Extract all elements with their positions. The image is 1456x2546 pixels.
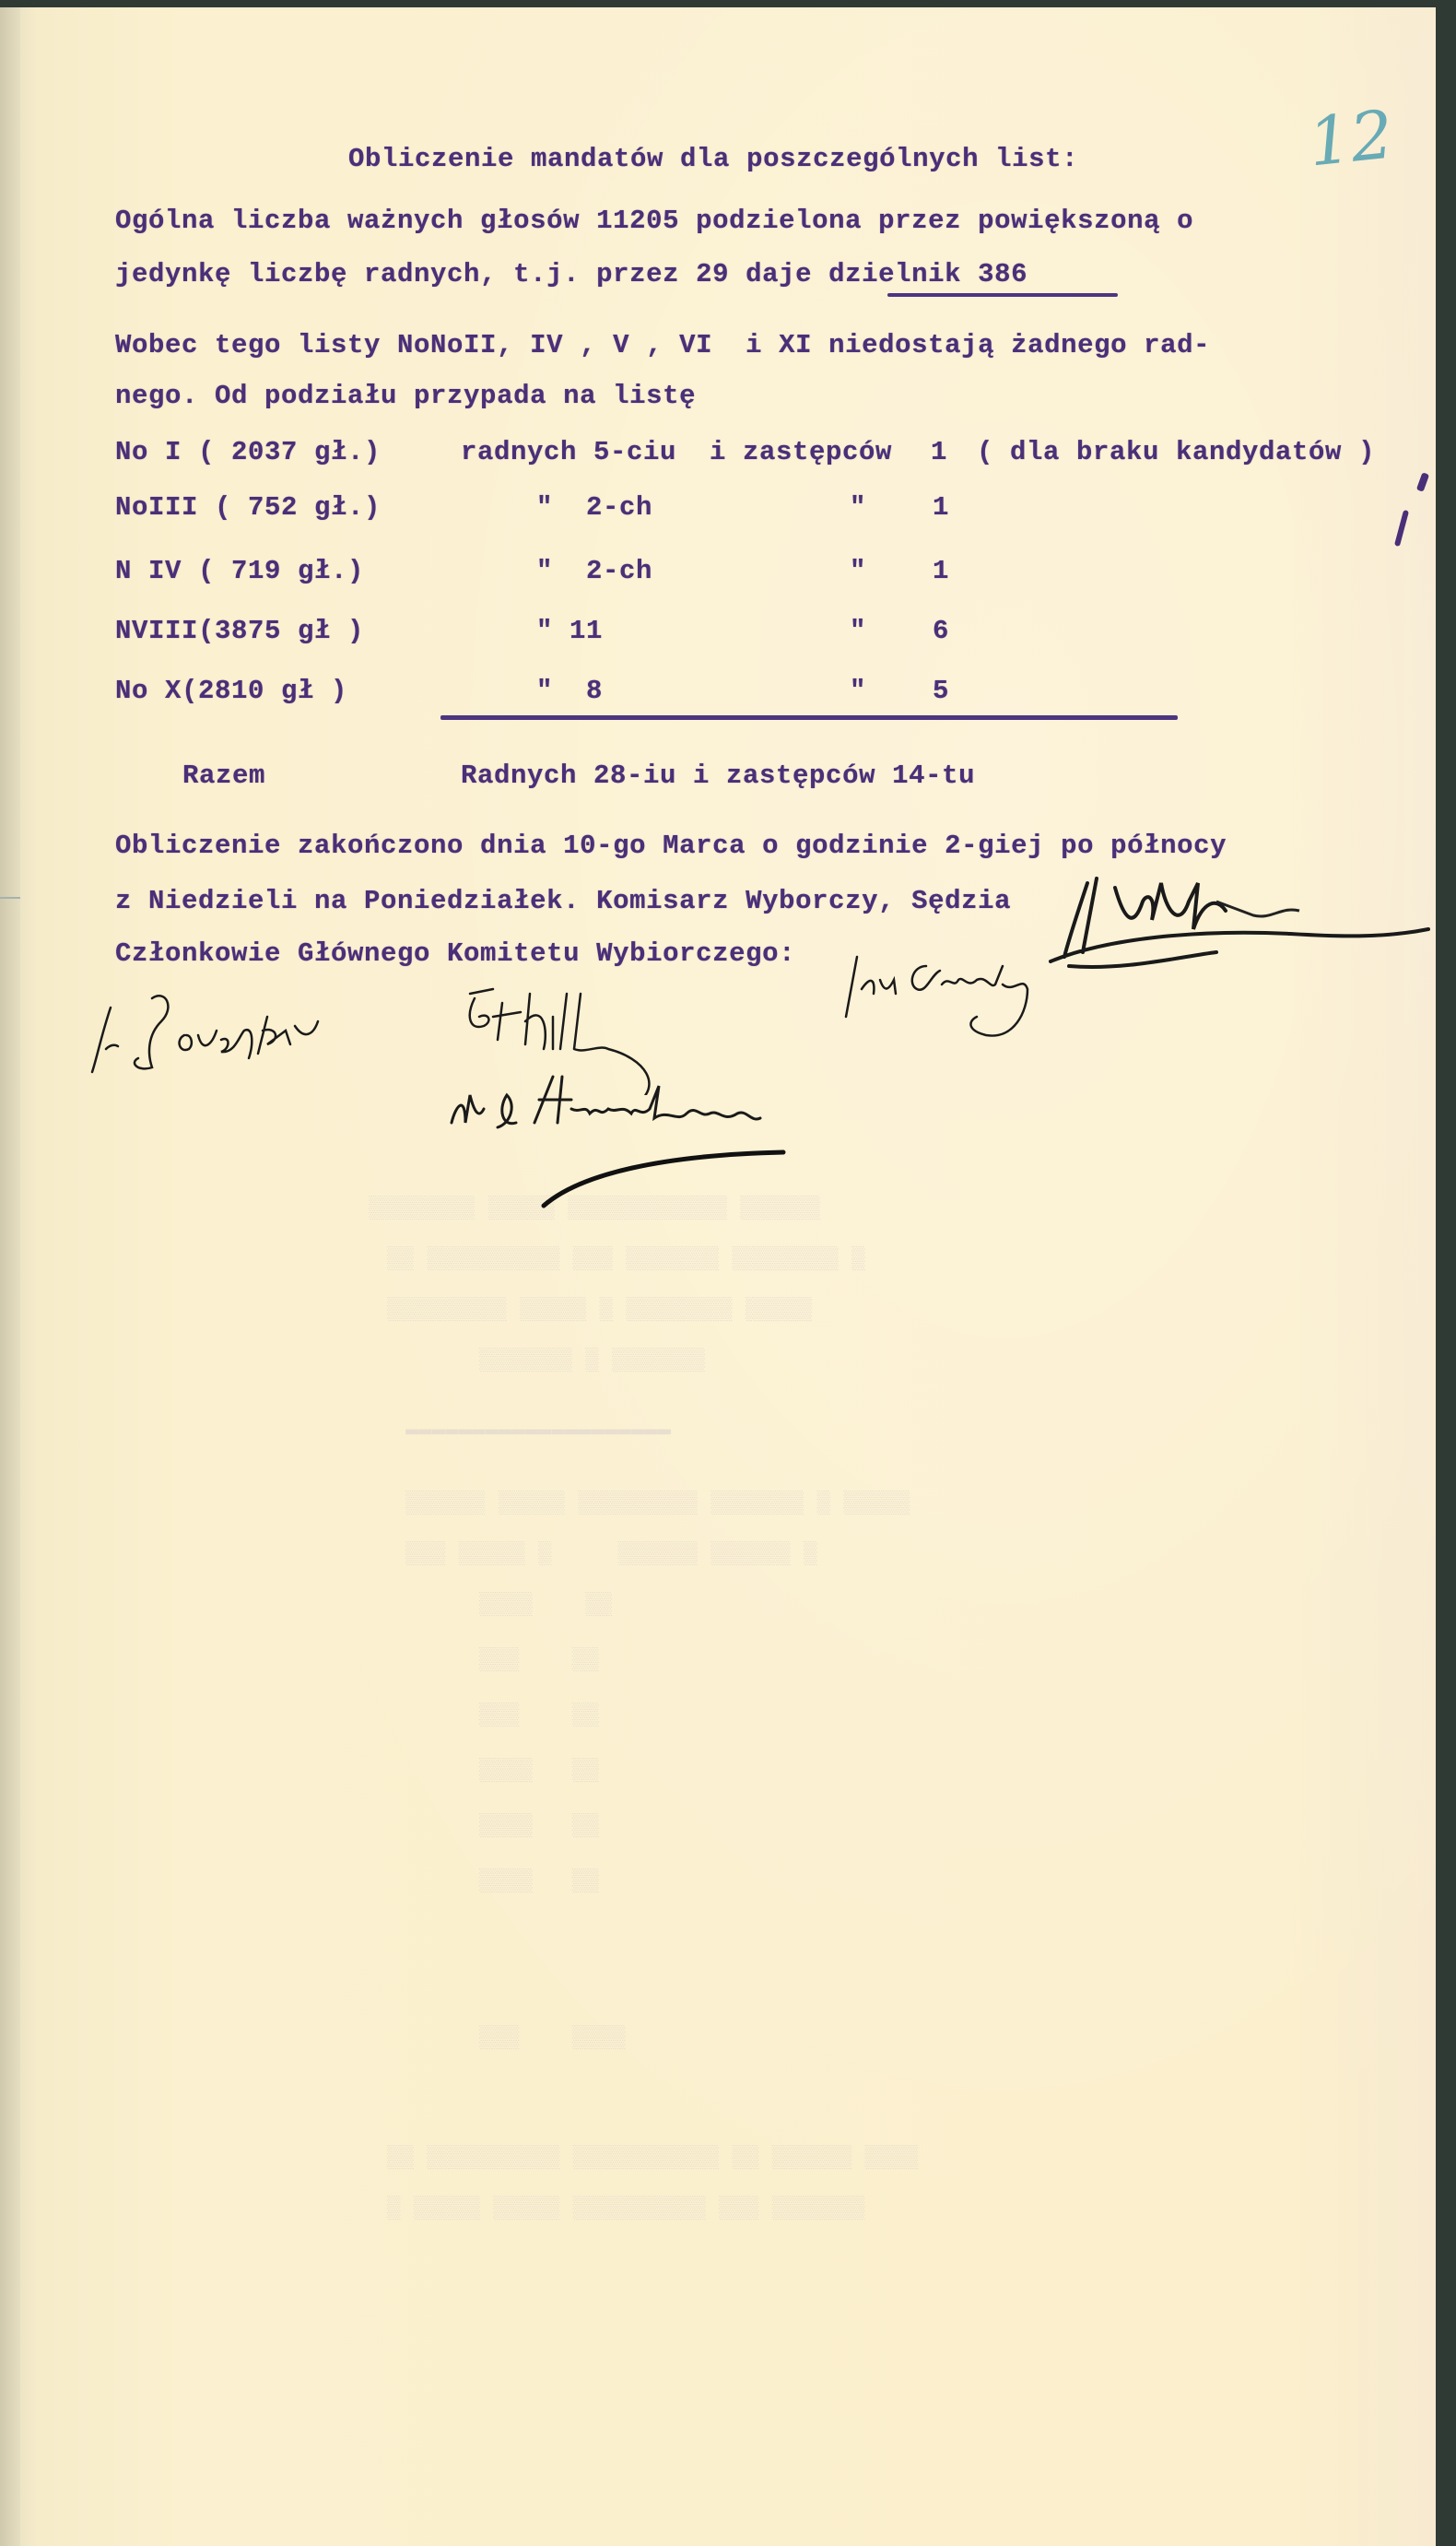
bleed-through-text: ▒▒▒▒▒ ▒ ▒▒▒▒▒▒▒ ▒▒▒▒▒▒▒▒▒ ▒▒▒▒▒ ▒▒▒▒▒▒ xyxy=(405,1491,910,1516)
councillors-count: " 11 xyxy=(536,616,603,646)
document-title: Obliczenie mandatów dla poszczególnych l… xyxy=(348,144,1078,174)
sum-rule xyxy=(440,715,1178,720)
binding-fold-mark xyxy=(0,897,20,899)
bleed-through-text: ▒▒▒▒ ▒▒▒ xyxy=(479,2026,625,2051)
bleed-through-text: ▒▒▒▒▒▒▒ ▒▒▒ ▒▒▒▒▒▒▒▒▒▒ ▒▒▒▒▒ ▒▒▒▒▒ ▒ xyxy=(387,2197,864,2222)
list-label: No I ( 2037 gł.) xyxy=(115,437,381,467)
bleed-through-text: ▒▒▒▒ ▒▒▒▒▒▒ ▒▒ ▒▒▒▒▒▒▒▒▒▒▒ ▒▒▒▒▒▒▒▒▒▒ ▒▒ xyxy=(387,2146,918,2171)
bleed-through-text: ▒▒▒▒▒ ▒▒▒▒▒▒▒▒ ▒ ▒▒▒▒▒ ▒▒▒▒▒▒▒▒▒ xyxy=(387,1298,812,1323)
deputies-count: 5 xyxy=(933,676,949,706)
signature-jan-czarnecki xyxy=(839,938,1115,1049)
councillors-count: " 8 xyxy=(536,676,603,706)
list-label: N IV ( 719 gł.) xyxy=(115,556,364,586)
ink-mark xyxy=(1394,510,1409,547)
bleed-through-text: ▒▒ ▒▒▒▒ xyxy=(479,1759,599,1784)
list-label: NVIII(3875 gł ) xyxy=(115,616,364,646)
signature-poweski xyxy=(83,980,433,1090)
list-label: NoIII ( 752 gł.) xyxy=(115,492,381,523)
bleed-through-text: ▒▒ ▒▒▒▒ xyxy=(479,1869,599,1894)
bleed-through-text: ▒▒ ▒▒▒ xyxy=(479,1648,599,1673)
bleed-through-text: ▒▒▒▒▒▒▒ ▒ ▒▒▒▒▒▒▒ xyxy=(479,1349,705,1373)
binding-edge xyxy=(0,7,20,2546)
bleed-through-text: ▒ ▒▒▒▒▒▒ ▒▒▒▒▒▒ ▒ ▒▒▒▒▒ ▒▒▒ xyxy=(405,1542,816,1567)
page-number: 12 xyxy=(1305,95,1397,181)
allocation-note: ( dla braku kandydatów ) xyxy=(977,437,1375,467)
bleed-through-text: ▬▬▬▬▬▬▬▬▬▬▬▬▬▬▬▬▬▬▬▬ xyxy=(405,1418,671,1443)
bleed-through-text: ▒▒ ▒▒▒▒ xyxy=(479,1814,599,1839)
deputies-count: 1 xyxy=(933,556,949,586)
councillors-count: " 2-ch xyxy=(536,492,652,523)
total-label: Razem xyxy=(182,760,265,791)
ink-mark xyxy=(1416,472,1429,492)
deputies-label: " xyxy=(850,616,866,646)
document-page: ▒▒▒▒▒▒ ▒▒▒▒▒▒▒▒▒▒▒▒ ▒▒▒▒▒ ▒▒▒▒▒▒▒▒ ▒ ▒▒▒… xyxy=(0,7,1436,2546)
deputies-count: 1 xyxy=(933,492,949,523)
councillors-count: radnych 5-ciu xyxy=(461,437,676,467)
deputies-count: 6 xyxy=(933,616,949,646)
intro-line-1: Ogólna liczba ważnych głosów 11205 podzi… xyxy=(115,206,1193,236)
list-label: No X(2810 gł ) xyxy=(115,676,347,706)
bleed-through-text: ▒▒ ▒▒▒ xyxy=(479,1703,599,1728)
deputies-count: 1 xyxy=(931,437,947,467)
closing-line-1: Obliczenie zakończono dnia 10-go Marca o… xyxy=(115,831,1227,861)
intro-line-2: jedynkę liczbę radnych, t.j. przez 29 da… xyxy=(115,259,1027,289)
closing-line-2: z Niedzieli na Poniedziałek. Komisarz Wy… xyxy=(115,886,1011,916)
deputies-label: " xyxy=(850,492,866,523)
total-value: Radnych 28-iu i zastępców 14-tu xyxy=(461,760,975,791)
exclusion-line-1: Wobec tego listy NoNoII, IV , V , VI i X… xyxy=(115,330,1210,360)
deputies-label: " xyxy=(850,676,866,706)
bleed-through-text: ▒ ▒▒▒▒▒▒▒▒ ▒▒▒▒▒▒▒ ▒▒▒ ▒▒▒▒▒▒▒▒▒▒ ▒▒ xyxy=(387,1247,864,1272)
exclusion-line-2: nego. Od podziału przypada na listę xyxy=(115,381,696,411)
closing-line-3: Członkowie Głównego Komitetu Wybiorczego… xyxy=(115,938,795,969)
deputies-label: " xyxy=(850,556,866,586)
bleed-through-text: ▒▒ ▒▒▒▒ xyxy=(479,1593,612,1618)
councillors-count: " 2-ch xyxy=(536,556,652,586)
divisor-underline xyxy=(887,293,1118,297)
deputies-label: i zastępców xyxy=(710,437,892,467)
signature-hertzenbaum xyxy=(433,1067,968,1215)
